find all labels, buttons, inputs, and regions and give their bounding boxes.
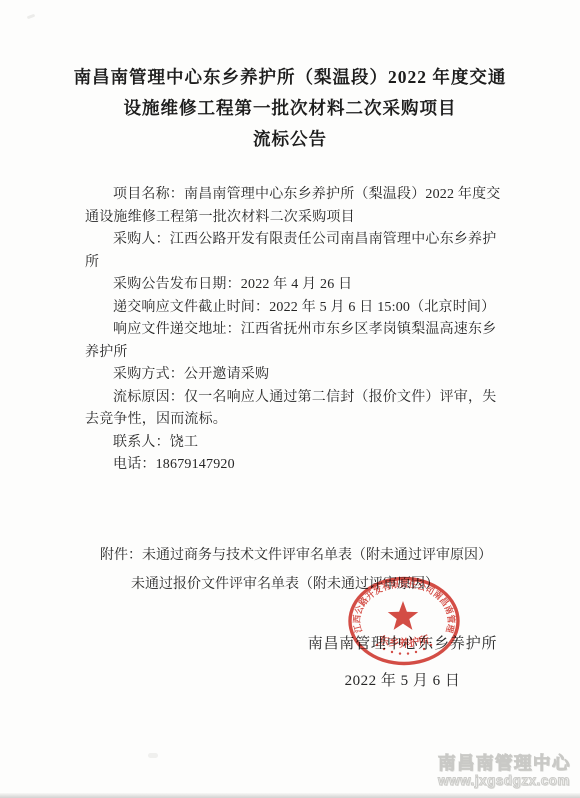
- seal-star-icon: [388, 601, 418, 630]
- paragraph-announcement-date: 采购公告发布日期：2022 年 4 月 26 日: [85, 274, 509, 297]
- title-line-2: 设施维修工程第一批次材料二次采购项目: [0, 93, 580, 124]
- paragraph-contact-phone: 电话：18679147920: [85, 454, 509, 477]
- scan-speck: [148, 753, 158, 758]
- scan-edge: [0, 793, 580, 798]
- document-body: 项目名称：南昌南管理中心东乡养护所（梨温段）2022 年度交通设施维修工程第一批…: [85, 184, 509, 477]
- signature-org: 南昌南管理中心东乡养护所: [295, 632, 510, 653]
- attachment-item-2: 未通过报价文件评审名单表（附未通过评审原因）: [131, 573, 530, 596]
- title-line-1: 南昌南管理中心东乡养护所（梨温段）2022 年度交通: [0, 62, 580, 93]
- attachment-item-1: 未通过商务与技术文件评审名单表（附未通过评审原因）: [142, 548, 492, 563]
- scan-speck: [27, 14, 36, 20]
- attachment-label: 附件：: [100, 548, 142, 563]
- paragraph-deadline: 递交响应文件截止时间：2022 年 5 月 6 日 15:00（北京时间）: [85, 297, 509, 320]
- paragraph-contact-person: 联系人：饶工: [85, 432, 509, 455]
- attachments-section: 附件：未通过商务与技术文件评审名单表（附未通过评审原因） 未通过报价文件评审名单…: [100, 544, 530, 596]
- attachment-line-1: 附件：未通过商务与技术文件评审名单表（附未通过评审原因）: [100, 544, 530, 567]
- scanned-document-page: 南昌南管理中心东乡养护所（梨温段）2022 年度交通 设施维修工程第一批次材料二…: [0, 0, 580, 798]
- watermark-title: 南昌南管理中心: [438, 753, 571, 773]
- document-title: 南昌南管理中心东乡养护所（梨温段）2022 年度交通 设施维修工程第一批次材料二…: [0, 62, 580, 155]
- signature-date: 2022 年 5 月 6 日: [295, 669, 510, 690]
- site-watermark: 南昌南管理中心 www.jxgsdgzx.com: [438, 753, 571, 789]
- watermark-url: www.jxgsdgzx.com: [438, 773, 571, 789]
- signature-block: 南昌南管理中心东乡养护所 2022 年 5 月 6 日: [295, 632, 510, 690]
- paragraph-project-name: 项目名称：南昌南管理中心东乡养护所（梨温段）2022 年度交通设施维修工程第一批…: [85, 184, 509, 229]
- title-line-3: 流标公告: [0, 124, 580, 155]
- paragraph-submit-address: 响应文件递交地址：江西省抚州市东乡区孝岗镇梨温高速东乡养护所: [85, 319, 509, 364]
- paragraph-failure-reason: 流标原因：仅一名响应人通过第二信封（报价文件）评审，失去竞争性，因而流标。: [85, 387, 509, 432]
- paragraph-procurement-method: 采购方式：公开邀请采购: [85, 364, 509, 387]
- paragraph-purchaser: 采购人：江西公路开发有限责任公司南昌南管理中心东乡养护所: [85, 229, 509, 274]
